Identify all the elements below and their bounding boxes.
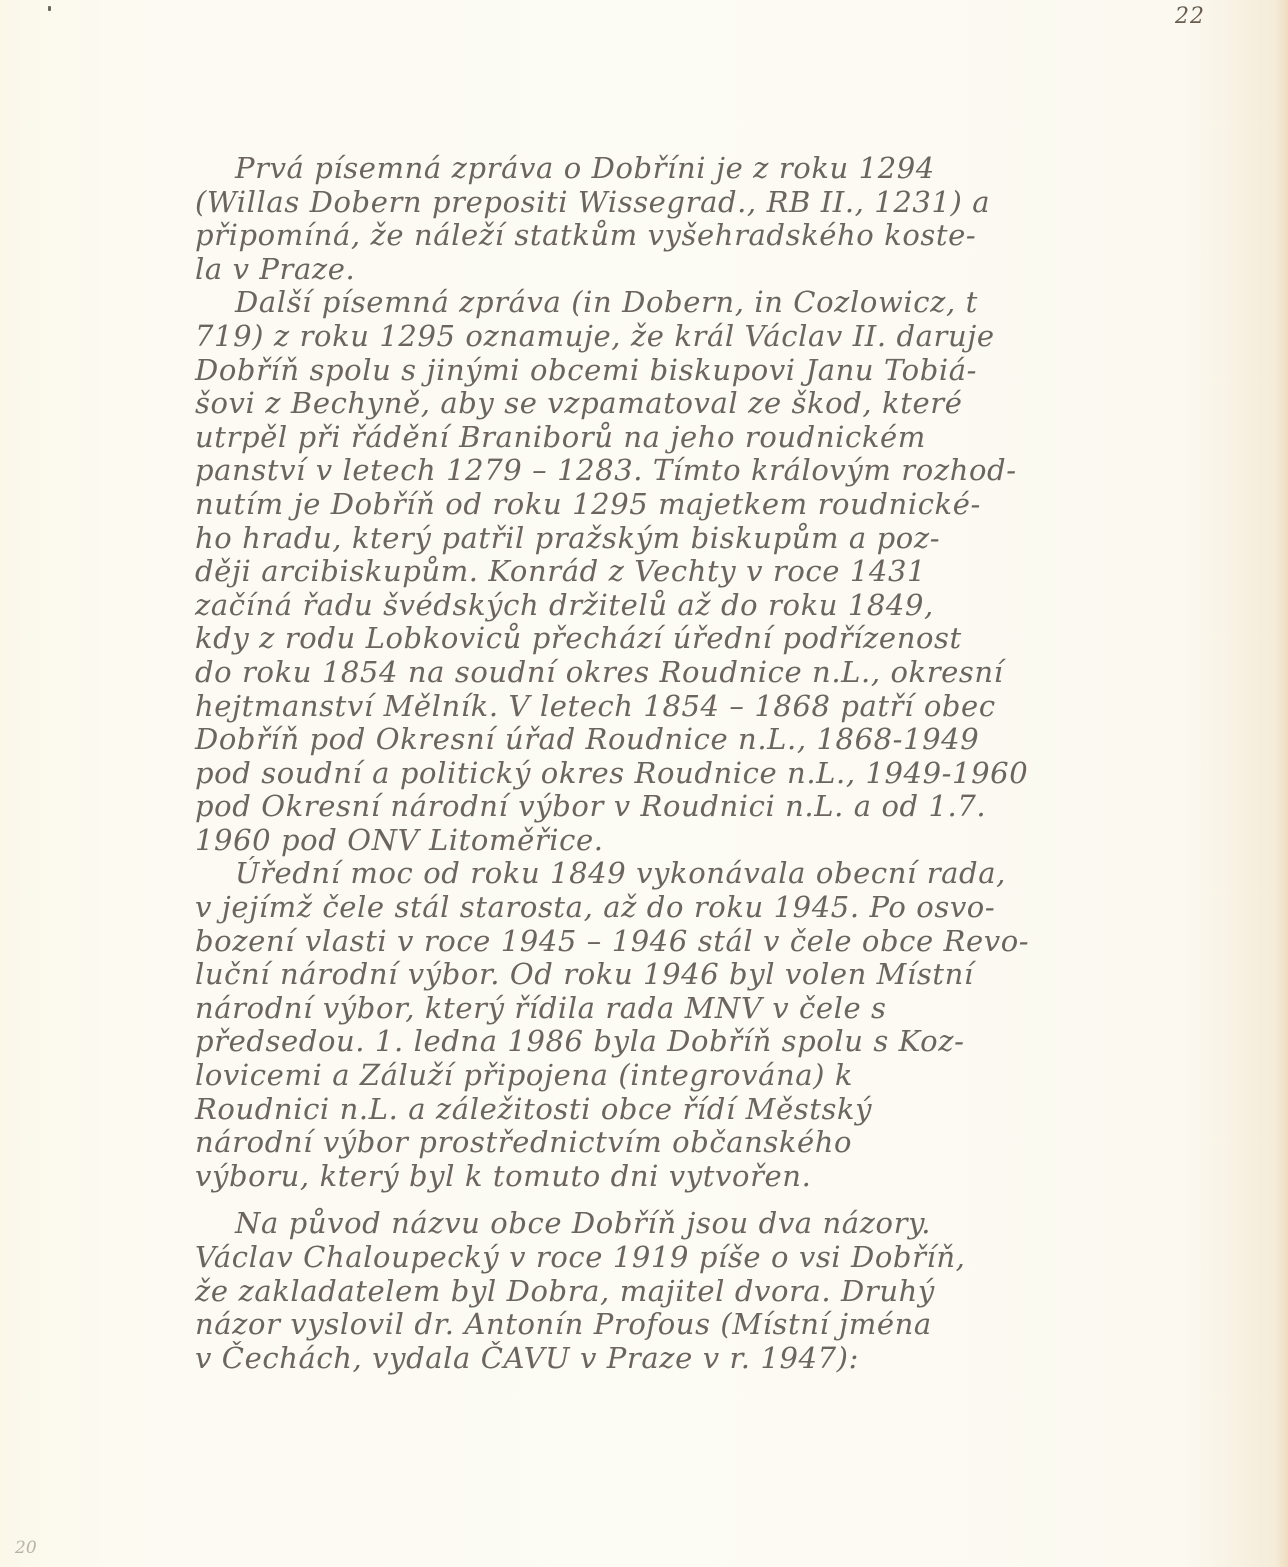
paragraph-1: Prvá písemná zpráva o Dobříni je z roku …	[195, 152, 1135, 286]
paragraph-2: Další písemná zpráva (in Dobern, in Cozl…	[195, 286, 1135, 857]
text-line: hejtmanství Mělník. V letech 1854 – 1868…	[195, 690, 1135, 724]
text-line: ho hradu, který patřil pražským biskupům…	[195, 522, 1135, 556]
text-line: do roku 1854 na soudní okres Roudnice n.…	[195, 656, 1135, 690]
text-line: šovi z Bechyně, aby se vzpamatoval ze šk…	[195, 387, 1135, 421]
text-line: Václav Chaloupecký v roce 1919 píše o vs…	[195, 1241, 1135, 1275]
text-line: kdy z rodu Lobkoviců přechází úřední pod…	[195, 622, 1135, 656]
paragraph-4: Na původ názvu obce Dobříň jsou dva názo…	[195, 1207, 1135, 1375]
text-line: (Willas Dobern prepositi Wissegrad., RB …	[195, 186, 1135, 220]
text-line: výboru, který byl k tomuto dni vytvořen.	[195, 1160, 1135, 1194]
text-line: pod Okresní národní výbor v Roudnici n.L…	[195, 790, 1135, 824]
text-line: 1960 pod ONV Litoměřice.	[195, 824, 1135, 858]
pencil-page-number: 20	[15, 1538, 37, 1558]
text-line: názor vyslovil dr. Antonín Profous (Míst…	[195, 1308, 1135, 1342]
text-line: utrpěl při řádění Braniborů na jeho roud…	[195, 421, 1135, 455]
text-line: Roudnici n.L. a záležitosti obce řídí Mě…	[195, 1093, 1135, 1127]
text-line: bození vlasti v roce 1945 – 1946 stál v …	[195, 925, 1135, 959]
text-line: připomíná, že náleží statkům vyšehradské…	[195, 219, 1135, 253]
text-line: národní výbor prostřednictvím občanského	[195, 1126, 1135, 1160]
text-line: v Čechách, vydala ČAVU v Praze v r. 1947…	[195, 1342, 1135, 1376]
text-line: Dobříň spolu s jinými obcemi biskupovi J…	[195, 354, 1135, 388]
text-line: panství v letech 1279 – 1283. Tímto král…	[195, 454, 1135, 488]
handwritten-text-body: Prvá písemná zpráva o Dobříni je z roku …	[195, 152, 1135, 1375]
text-line: Úřední moc od roku 1849 vykonávala obecn…	[195, 857, 1135, 891]
text-line: Prvá písemná zpráva o Dobříni je z roku …	[195, 152, 1135, 186]
text-line: předsedou. 1. ledna 1986 byla Dobříň spo…	[195, 1025, 1135, 1059]
page-number: 22	[1175, 4, 1205, 29]
text-line: 719) z roku 1295 oznamuje, že král Václa…	[195, 320, 1135, 354]
text-line: Další písemná zpráva (in Dobern, in Cozl…	[195, 286, 1135, 320]
text-line: začíná řadu švédských držitelů až do rok…	[195, 589, 1135, 623]
text-line: v jejímž čele stál starosta, až do roku …	[195, 891, 1135, 925]
document-page: 22 Prvá písemná zpráva o Dobříni je z ro…	[0, 0, 1288, 1567]
text-line: lovicemi a Záluží připojena (integrována…	[195, 1059, 1135, 1093]
ink-speck	[48, 6, 51, 11]
text-line: Na původ názvu obce Dobříň jsou dva názo…	[195, 1207, 1135, 1241]
text-line: Dobříň pod Okresní úřad Roudnice n.L., 1…	[195, 723, 1135, 757]
text-line: národní výbor, který řídila rada MNV v č…	[195, 992, 1135, 1026]
paragraph-3: Úřední moc od roku 1849 vykonávala obecn…	[195, 857, 1135, 1193]
text-line: pod soudní a politický okres Roudnice n.…	[195, 757, 1135, 791]
text-line: luční národní výbor. Od roku 1946 byl vo…	[195, 958, 1135, 992]
text-line: že zakladatelem byl Dobra, majitel dvora…	[195, 1275, 1135, 1309]
text-line: nutím je Dobříň od roku 1295 majetkem ro…	[195, 488, 1135, 522]
text-line: ději arcibiskupům. Konrád z Vechty v roc…	[195, 555, 1135, 589]
text-line: la v Praze.	[195, 253, 1135, 287]
